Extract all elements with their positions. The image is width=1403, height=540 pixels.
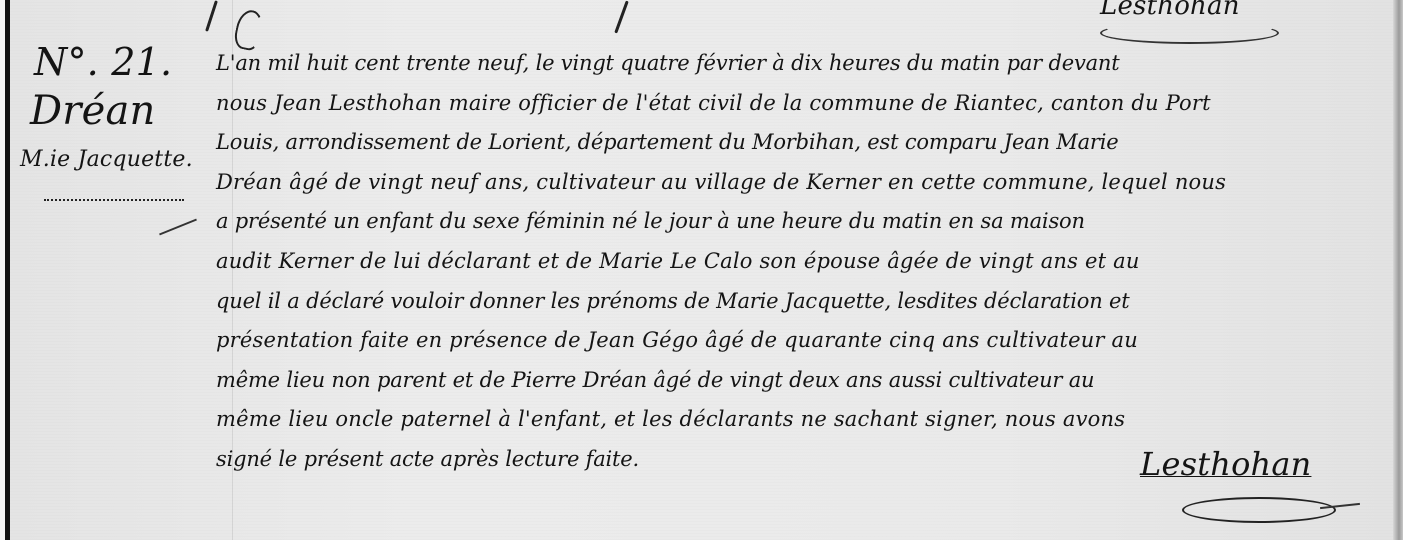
- act-line: Louis, arrondissement de Lorient, départ…: [216, 123, 1386, 163]
- margin-given-name: M.ie Jacquette.: [20, 146, 193, 174]
- margin-surname: Dréan: [30, 88, 155, 134]
- act-body: L'an mil huit cent trente neuf, le vingt…: [216, 44, 1386, 480]
- register-page: Lesthohan N°. 21. Dréan M.ie Jacquette. …: [0, 0, 1403, 540]
- previous-entry-stroke: [614, 1, 628, 34]
- act-line: audit Kerner de lui déclarant et de Mari…: [216, 242, 1386, 282]
- act-line: L'an mil huit cent trente neuf, le vingt…: [216, 44, 1386, 84]
- entry-number: N°. 21.: [34, 40, 172, 84]
- page-gutter: [1393, 0, 1403, 540]
- act-line: même lieu oncle paternel à l'enfant, et …: [216, 400, 1386, 440]
- previous-entry-stroke: [205, 0, 218, 31]
- margin-dash: [159, 219, 197, 236]
- act-line: même lieu non parent et de Pierre Dréan …: [216, 361, 1386, 401]
- previous-signature-flourish: [1100, 22, 1279, 44]
- previous-entry-signature: Lesthohan: [1100, 0, 1240, 20]
- mayor-signature: Lesthohan: [1140, 446, 1311, 482]
- margin-underline: [44, 196, 184, 201]
- act-line: quel il a déclaré vouloir donner les pré…: [216, 282, 1386, 322]
- act-line: présentation faite en présence de Jean G…: [216, 321, 1386, 361]
- page-border-line: [5, 0, 10, 540]
- act-line: nous Jean Lesthohan maire officier de l'…: [216, 84, 1386, 124]
- act-line: Dréan âgé de vingt neuf ans, cultivateur…: [216, 163, 1386, 203]
- act-line: a présenté un enfant du sexe féminin né …: [216, 202, 1386, 242]
- signature-flourish: [1182, 497, 1336, 523]
